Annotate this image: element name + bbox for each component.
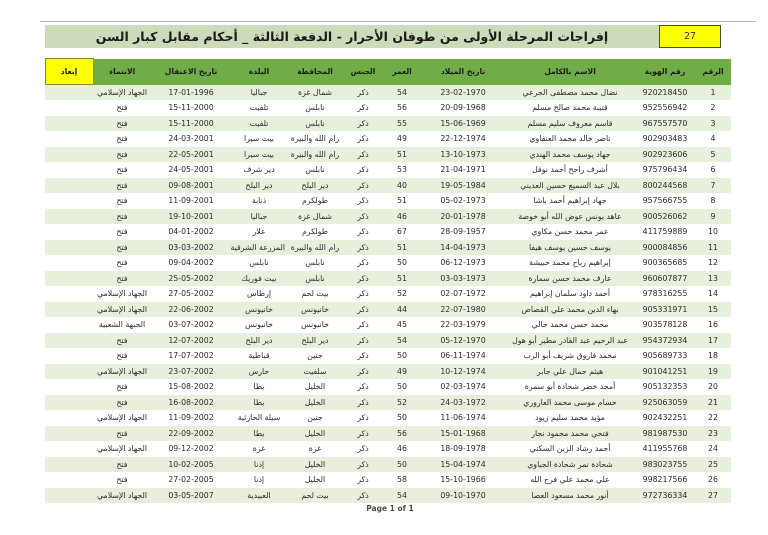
cell-name: بلال عبد السميع حسين العديني	[505, 178, 635, 194]
column-header-age: العمر	[383, 59, 421, 85]
cell-dob: 11-06-1974	[421, 410, 505, 426]
cell-id: 903578128	[635, 317, 695, 333]
cell-age: 40	[383, 178, 421, 194]
cell-age: 51	[383, 193, 421, 209]
column-header-dob: تاريخ الميلاد	[421, 59, 505, 85]
cell-num: 8	[695, 193, 731, 209]
cell-age: 50	[383, 348, 421, 364]
column-header-arrest: تاريخ الاعتقال	[151, 59, 231, 85]
cell-id: 981987530	[635, 426, 695, 442]
cell-arrest: 09-12-2002	[151, 441, 231, 457]
cell-deport	[45, 162, 93, 178]
cell-age: 49	[383, 131, 421, 147]
cell-arrest: 27-02-2005	[151, 472, 231, 488]
cell-dob: 21-04-1971	[421, 162, 505, 178]
cell-age: 51	[383, 147, 421, 163]
cell-affiliation: فتح	[93, 348, 151, 364]
cell-num: 1	[695, 85, 731, 101]
cell-dob: 03-03-1973	[421, 271, 505, 287]
cell-governorate: نابلس	[287, 271, 343, 287]
cell-deport	[45, 410, 93, 426]
cell-age: 51	[383, 240, 421, 256]
cell-num: 25	[695, 457, 731, 473]
cell-affiliation: فتح	[93, 178, 151, 194]
cell-age: 55	[383, 116, 421, 132]
cell-town: بيت فوريك	[231, 271, 287, 287]
cell-town: دير البلح	[231, 333, 287, 349]
cell-name: يوسف حسين يوسف هيفا	[505, 240, 635, 256]
cell-arrest: 15-08-2002	[151, 379, 231, 395]
cell-gender: ذكر	[343, 302, 383, 318]
cell-num: 10	[695, 224, 731, 240]
cell-governorate: بيت لحم	[287, 286, 343, 302]
cell-num: 14	[695, 286, 731, 302]
cell-town: تلفيت	[231, 116, 287, 132]
table-row: 10411759889عمر محمد حسن مكاوي28-09-19576…	[45, 224, 731, 240]
cell-dob: 15-06-1969	[421, 116, 505, 132]
cell-num: 7	[695, 178, 731, 194]
cell-deport	[45, 255, 93, 271]
cell-arrest: 23-07-2002	[151, 364, 231, 380]
cell-deport	[45, 441, 93, 457]
cell-affiliation: الجهاد الإسلامي	[93, 410, 151, 426]
cell-dob: 05-02-1973	[421, 193, 505, 209]
cell-gender: ذكر	[343, 286, 383, 302]
table-row: 7800244568بلال عبد السميع حسين العديني19…	[45, 178, 731, 194]
cell-arrest: 15-11-2000	[151, 100, 231, 116]
cell-num: 3	[695, 116, 731, 132]
cell-town: إذنا	[231, 472, 287, 488]
cell-deport	[45, 348, 93, 364]
cell-id: 905689733	[635, 348, 695, 364]
cell-num: 6	[695, 162, 731, 178]
cell-arrest: 10-02-2005	[151, 457, 231, 473]
cell-age: 46	[383, 209, 421, 225]
cell-num: 12	[695, 255, 731, 271]
cell-id: 900365685	[635, 255, 695, 271]
cell-affiliation: فتح	[93, 162, 151, 178]
cell-name: أمجد خضر شحادة أبو سمرة	[505, 379, 635, 395]
cell-affiliation: فتح	[93, 472, 151, 488]
cell-town: نابلس	[231, 255, 287, 271]
table-row: 25983023755شحادة نمر شحادة الجباوي15-04-…	[45, 457, 731, 473]
cell-id: 975796434	[635, 162, 695, 178]
cell-age: 54	[383, 333, 421, 349]
cell-id: 920218450	[635, 85, 695, 101]
cell-affiliation: فتح	[93, 147, 151, 163]
cell-affiliation: فتح	[93, 116, 151, 132]
cell-gender: ذكر	[343, 116, 383, 132]
cell-id: 978316255	[635, 286, 695, 302]
cell-age: 56	[383, 426, 421, 442]
cell-arrest: 09-04-2002	[151, 255, 231, 271]
cell-arrest: 24-05-2001	[151, 162, 231, 178]
cell-id: 998217566	[635, 472, 695, 488]
cell-dob: 14-04-1973	[421, 240, 505, 256]
cell-governorate: دير البلح	[287, 333, 343, 349]
cell-name: عاهد يونس عوض الله أبو خوصة	[505, 209, 635, 225]
cell-governorate: الخليل	[287, 457, 343, 473]
cell-deport	[45, 472, 93, 488]
cell-town: دير البلح	[231, 178, 287, 194]
cell-gender: ذكر	[343, 224, 383, 240]
cell-deport	[45, 131, 93, 147]
cell-deport	[45, 147, 93, 163]
cell-id: 901041251	[635, 364, 695, 380]
table-row: 13960607877عارف محمد حسن سمارة03-03-1973…	[45, 271, 731, 287]
cell-num: 9	[695, 209, 731, 225]
cell-dob: 06-12-1973	[421, 255, 505, 271]
cell-age: 50	[383, 255, 421, 271]
cell-num: 23	[695, 426, 731, 442]
cell-town: يطا	[231, 426, 287, 442]
cell-age: 53	[383, 162, 421, 178]
cell-num: 26	[695, 472, 731, 488]
cell-name: هيثم جمال علي جابر	[505, 364, 635, 380]
cell-deport	[45, 457, 93, 473]
cell-arrest: 12-07-2002	[151, 333, 231, 349]
cell-dob: 15-01-1968	[421, 426, 505, 442]
cell-name: محمد حسن محمد جالي	[505, 317, 635, 333]
cell-town: جباليا	[231, 209, 287, 225]
cell-name: أحمد رشاد الزين السكني	[505, 441, 635, 457]
cell-affiliation: فتح	[93, 271, 151, 287]
cell-affiliation: فتح	[93, 100, 151, 116]
cell-deport	[45, 178, 93, 194]
cell-num: 17	[695, 333, 731, 349]
column-header-gender: الجنس	[343, 59, 383, 85]
cell-town: علار	[231, 224, 287, 240]
cell-governorate: دير البلح	[287, 178, 343, 194]
cell-dob: 13-10-1973	[421, 147, 505, 163]
cell-governorate: خانيونس	[287, 317, 343, 333]
header-row: الرقمرقم الهويةالاسم بالكاملتاريخ الميلا…	[45, 59, 731, 85]
cell-arrest: 22-09-2002	[151, 426, 231, 442]
cell-governorate: نابلس	[287, 162, 343, 178]
cell-governorate: الخليل	[287, 426, 343, 442]
cell-id: 411759889	[635, 224, 695, 240]
page-footer: Page 1 of 1	[40, 504, 740, 513]
page-title: إفراجات المرحلة الأولى من طوفان الأحرار …	[45, 25, 659, 48]
cell-name: قاسم معروف سليم مسلم	[505, 116, 635, 132]
cell-dob: 09-10-1970	[421, 488, 505, 504]
cell-affiliation: فتح	[93, 333, 151, 349]
cell-name: شحادة نمر شحادة الجباوي	[505, 457, 635, 473]
cell-arrest: 04-01-2002	[151, 224, 231, 240]
cell-arrest: 24-03-2001	[151, 131, 231, 147]
table-row: 18905689733محمد فاروق شريف أبو الرب06-11…	[45, 348, 731, 364]
column-header-num: الرقم	[695, 59, 731, 85]
cell-name: فتحي محمد محمود نجار	[505, 426, 635, 442]
cell-affiliation: الجهاد الإسلامي	[93, 302, 151, 318]
column-header-id: رقم الهوية	[635, 59, 695, 85]
cell-deport	[45, 85, 93, 101]
cell-name: جهاد إبراهيم أحمد باشا	[505, 193, 635, 209]
cell-deport	[45, 333, 93, 349]
cell-name: ناصر خالد محمد العنفاوي	[505, 131, 635, 147]
cell-gender: ذكر	[343, 85, 383, 101]
cell-town: سيلة الحارثية	[231, 410, 287, 426]
cell-age: 52	[383, 286, 421, 302]
cell-gender: ذكر	[343, 255, 383, 271]
cell-gender: ذكر	[343, 488, 383, 504]
cell-governorate: طولكرم	[287, 224, 343, 240]
cell-age: 46	[383, 441, 421, 457]
cell-age: 50	[383, 457, 421, 473]
table-row: 3967557570قاسم معروف سليم مسلم15-06-1969…	[45, 116, 731, 132]
cell-id: 411955768	[635, 441, 695, 457]
cell-arrest: 22-05-2001	[151, 147, 231, 163]
cell-age: 45	[383, 317, 421, 333]
cell-dob: 22-07-1980	[421, 302, 505, 318]
table-row: 12900365685إبراهيم رباح محمد حبيشة06-12-…	[45, 255, 731, 271]
cell-gender: ذكر	[343, 317, 383, 333]
cell-age: 56	[383, 100, 421, 116]
cell-id: 957566755	[635, 193, 695, 209]
cell-deport	[45, 426, 93, 442]
cell-dob: 22-12-1974	[421, 131, 505, 147]
cell-deport	[45, 116, 93, 132]
cell-governorate: رام الله والبيرة	[287, 131, 343, 147]
table-row: 4902903483ناصر خالد محمد العنفاوي22-12-1…	[45, 131, 731, 147]
cell-deport	[45, 271, 93, 287]
cell-town: إذنا	[231, 457, 287, 473]
cell-arrest: 19-10-2001	[151, 209, 231, 225]
cell-id: 905132353	[635, 379, 695, 395]
cell-num: 13	[695, 271, 731, 287]
table-row: 24411955768أحمد رشاد الزين السكني18-09-1…	[45, 441, 731, 457]
cell-dob: 24-03-1972	[421, 395, 505, 411]
column-header-governorate: المحافظة	[287, 59, 343, 85]
cell-gender: ذكر	[343, 395, 383, 411]
cell-name: عبد الرحيم عبد القادر مطير أبو هول	[505, 333, 635, 349]
cell-deport	[45, 302, 93, 318]
cell-arrest: 22-06-2002	[151, 302, 231, 318]
cell-gender: ذكر	[343, 178, 383, 194]
cell-dob: 23-02-1970	[421, 85, 505, 101]
cell-num: 5	[695, 147, 731, 163]
cell-governorate: رام الله والبيرة	[287, 240, 343, 256]
cell-arrest: 17-01-1996	[151, 85, 231, 101]
column-header-town: البلدة	[231, 59, 287, 85]
cell-arrest: 16-08-2002	[151, 395, 231, 411]
cell-name: بهاء الدين محمد علي القصاص	[505, 302, 635, 318]
cell-id: 954372934	[635, 333, 695, 349]
cell-id: 925063059	[635, 395, 695, 411]
cell-gender: ذكر	[343, 100, 383, 116]
cell-name: حسام موسى محمد العاروري	[505, 395, 635, 411]
table-row: 5902923606جهاد يوسف محمد الهندي13-10-197…	[45, 147, 731, 163]
cell-governorate: نابلس	[287, 100, 343, 116]
cell-town: المزرعة الشرقية	[231, 240, 287, 256]
cell-dob: 22-03-1979	[421, 317, 505, 333]
cell-dob: 10-12-1974	[421, 364, 505, 380]
cell-dob: 02-03-1974	[421, 379, 505, 395]
cell-name: أنور محمد مسعود العصا	[505, 488, 635, 504]
cell-id: 900084856	[635, 240, 695, 256]
page-top-divider	[40, 21, 756, 22]
cell-name: عارف محمد حسن سمارة	[505, 271, 635, 287]
cell-num: 16	[695, 317, 731, 333]
cell-town: غزة	[231, 441, 287, 457]
cell-affiliation: فتح	[93, 379, 151, 395]
cell-gender: ذكر	[343, 162, 383, 178]
cell-name: محمد فاروق شريف أبو الرب	[505, 348, 635, 364]
table-row: 21925063059حسام موسى محمد العاروري24-03-…	[45, 395, 731, 411]
cell-gender: ذكر	[343, 472, 383, 488]
cell-deport	[45, 100, 93, 116]
cell-governorate: جنين	[287, 410, 343, 426]
cell-gender: ذكر	[343, 457, 383, 473]
cell-dob: 20-01-1978	[421, 209, 505, 225]
cell-deport	[45, 193, 93, 209]
cell-dob: 02-07-1972	[421, 286, 505, 302]
cell-gender: ذكر	[343, 131, 383, 147]
cell-governorate: طولكرم	[287, 193, 343, 209]
cell-name: أشرف راجح أحمد نوفل	[505, 162, 635, 178]
cell-age: 58	[383, 472, 421, 488]
cell-name: إبراهيم رباح محمد حبيشة	[505, 255, 635, 271]
cell-affiliation: فتح	[93, 193, 151, 209]
cell-affiliation: فتح	[93, 255, 151, 271]
cell-deport	[45, 224, 93, 240]
table-row: 11900084856يوسف حسين يوسف هيفا14-04-1973…	[45, 240, 731, 256]
cell-id: 983023755	[635, 457, 695, 473]
cell-name: أحمد داود سلمان إبراهيم	[505, 286, 635, 302]
cell-deport	[45, 488, 93, 504]
cell-dob: 18-09-1978	[421, 441, 505, 457]
cell-num: 15	[695, 302, 731, 318]
cell-deport	[45, 286, 93, 302]
table-row: 19901041251هيثم جمال علي جابر10-12-19744…	[45, 364, 731, 380]
cell-deport	[45, 379, 93, 395]
cell-id: 902903483	[635, 131, 695, 147]
cell-gender: ذكر	[343, 147, 383, 163]
document-sheet: 27 إفراجات المرحلة الأولى من طوفان الأحر…	[0, 0, 768, 535]
cell-arrest: 03-05-2007	[151, 488, 231, 504]
cell-affiliation: فتح	[93, 426, 151, 442]
cell-gender: ذكر	[343, 441, 383, 457]
cell-id: 902432251	[635, 410, 695, 426]
cell-name: نضال محمد مصطفى الجرعي	[505, 85, 635, 101]
cell-arrest: 09-08-2001	[151, 178, 231, 194]
table-row: 23981987530فتحي محمد محمود نجار15-01-196…	[45, 426, 731, 442]
cell-gender: ذكر	[343, 271, 383, 287]
cell-name: عمر محمد حسن مكاوي	[505, 224, 635, 240]
cell-deport	[45, 317, 93, 333]
cell-dob: 19-05-1984	[421, 178, 505, 194]
cell-age: 67	[383, 224, 421, 240]
cell-num: 27	[695, 488, 731, 504]
cell-town: خانيونس	[231, 302, 287, 318]
cell-num: 18	[695, 348, 731, 364]
cell-affiliation: الجهاد الإسلامي	[93, 286, 151, 302]
cell-num: 11	[695, 240, 731, 256]
cell-age: 54	[383, 85, 421, 101]
cell-arrest: 03-03-2002	[151, 240, 231, 256]
cell-affiliation: الجهاد الإسلامي	[93, 85, 151, 101]
cell-governorate: شمال غزة	[287, 209, 343, 225]
cell-age: 51	[383, 271, 421, 287]
table-row: 2952556942قتيبة محمد صالح مسلم20-09-1968…	[45, 100, 731, 116]
cell-gender: ذكر	[343, 410, 383, 426]
cell-town: قباطية	[231, 348, 287, 364]
table-row: 16903578128محمد حسن محمد جالي22-03-19794…	[45, 317, 731, 333]
cell-name: مؤيد محمد سليم زيود	[505, 410, 635, 426]
cell-id: 900526062	[635, 209, 695, 225]
cell-deport	[45, 395, 93, 411]
cell-town: بيت سيرا	[231, 131, 287, 147]
cell-num: 19	[695, 364, 731, 380]
cell-governorate: خانيونس	[287, 302, 343, 318]
cell-gender: ذكر	[343, 364, 383, 380]
column-header-affiliation: الانتماء	[93, 59, 151, 85]
cell-deport	[45, 209, 93, 225]
cell-affiliation: الجهاد الإسلامي	[93, 364, 151, 380]
prisoners-table: الرقمرقم الهويةالاسم بالكاملتاريخ الميلا…	[45, 58, 732, 504]
cell-gender: ذكر	[343, 379, 383, 395]
cell-governorate: الخليل	[287, 472, 343, 488]
table-row: 8957566755جهاد إبراهيم أحمد باشا05-02-19…	[45, 193, 731, 209]
cell-town: خانيونس	[231, 317, 287, 333]
cell-dob: 28-09-1957	[421, 224, 505, 240]
column-header-name: الاسم بالكامل	[505, 59, 635, 85]
table-row: 22902432251مؤيد محمد سليم زيود11-06-1974…	[45, 410, 731, 426]
cell-governorate: شمال غزة	[287, 85, 343, 101]
cell-age: 52	[383, 395, 421, 411]
cell-name: جهاد يوسف محمد الهندي	[505, 147, 635, 163]
cell-gender: ذكر	[343, 426, 383, 442]
cell-arrest: 25-05-2002	[151, 271, 231, 287]
cell-arrest: 11-09-2001	[151, 193, 231, 209]
cell-town: ذنابة	[231, 193, 287, 209]
cell-deport	[45, 364, 93, 380]
cell-governorate: رام الله والبيرة	[287, 147, 343, 163]
cell-gender: ذكر	[343, 193, 383, 209]
cell-town: بيت سيرا	[231, 147, 287, 163]
table-row: 27972736334أنور محمد مسعود العصا09-10-19…	[45, 488, 731, 504]
cell-affiliation: الجهاد الإسلامي	[93, 488, 151, 504]
cell-governorate: جنين	[287, 348, 343, 364]
cell-dob: 15-10-1966	[421, 472, 505, 488]
cell-id: 800244568	[635, 178, 695, 194]
cell-age: 44	[383, 302, 421, 318]
cell-affiliation: الجبهة الشعبية	[93, 317, 151, 333]
cell-arrest: 17-07-2002	[151, 348, 231, 364]
cell-arrest: 11-09-2002	[151, 410, 231, 426]
cell-affiliation: فتح	[93, 131, 151, 147]
cell-age: 54	[383, 488, 421, 504]
cell-name: قتيبة محمد صالح مسلم	[505, 100, 635, 116]
cell-town: تلفيت	[231, 100, 287, 116]
cell-dob: 20-09-1968	[421, 100, 505, 116]
cell-id: 952556942	[635, 100, 695, 116]
cell-age: 49	[383, 364, 421, 380]
cell-governorate: سلفيت	[287, 364, 343, 380]
cell-town: حارس	[231, 364, 287, 380]
cell-affiliation: الجهاد الإسلامي	[93, 441, 151, 457]
cell-num: 22	[695, 410, 731, 426]
table-row: 9900526062عاهد يونس عوض الله أبو خوصة20-…	[45, 209, 731, 225]
cell-affiliation: فتح	[93, 209, 151, 225]
table-row: 6975796434أشرف راجح أحمد نوفل21-04-19715…	[45, 162, 731, 178]
cell-arrest: 27-05-2002	[151, 286, 231, 302]
cell-age: 50	[383, 379, 421, 395]
count-badge: 27	[659, 25, 721, 48]
column-header-deport: إبعاد	[45, 59, 93, 85]
cell-gender: ذكر	[343, 240, 383, 256]
cell-governorate: نابلس	[287, 116, 343, 132]
